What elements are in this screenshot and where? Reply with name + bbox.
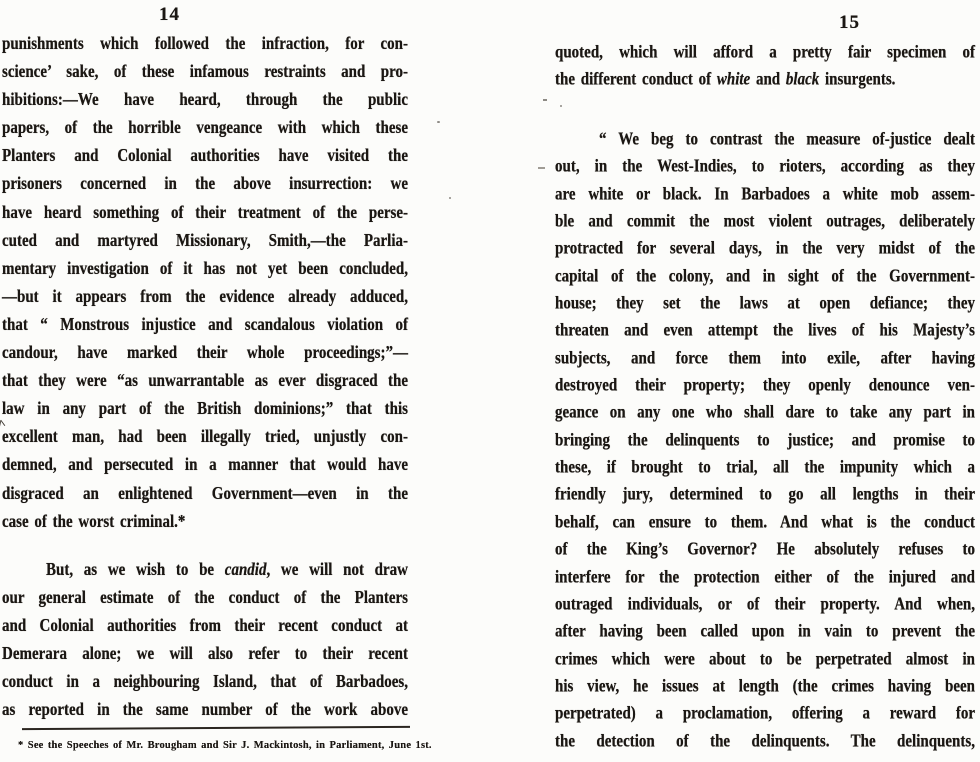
scanned-book-spread: { "colors": { "paper": "#fcfcfa", "ink":… [0,0,980,762]
paragraph-continuation: quoted, which will afford a pretty fair … [555,40,975,95]
book-spread: 14 punishments which followed the infrac… [0,0,980,762]
page-14: 14 punishments which followed the infrac… [2,0,408,762]
text-line: the detection of the delinquents. The de… [555,726,975,759]
paragraph-but-candid: But, as we wish to be candid, we will no… [2,556,408,725]
scan-speck [437,121,440,123]
scan-speck [543,99,547,101]
scan-speck [538,167,545,169]
paragraph-continuation: punishments which followed the infractio… [2,30,408,536]
text-line: as reported in the same number of the wo… [2,693,408,727]
page-15: 15 quoted, which will afford a pretty fa… [555,0,975,762]
page-number-left: 14 [159,4,180,26]
text-line: case of the worst criminal.* [2,505,408,539]
page-number-right: 15 [839,12,860,34]
footnote-text: * See the Speeches of Mr. Brougham and S… [18,740,432,751]
text-line: the different conduct of white and black… [555,64,975,97]
paragraph-quotation: “ We beg to contrast the measure of-just… [555,127,975,756]
scan-speck [449,197,451,199]
scan-speck [560,105,562,107]
